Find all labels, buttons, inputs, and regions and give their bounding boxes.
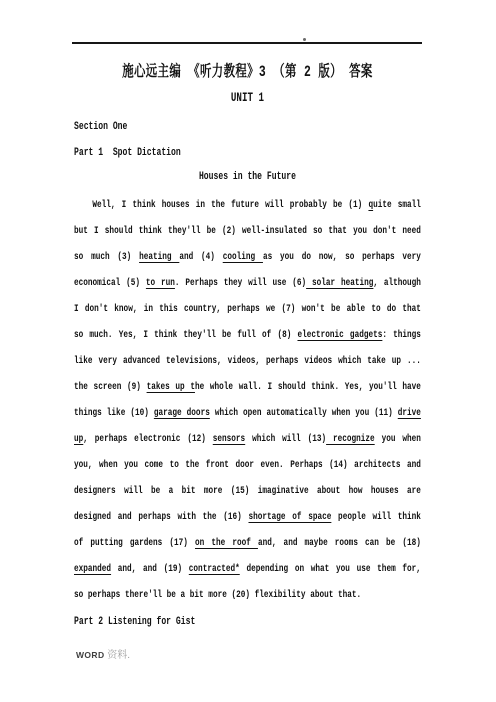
passage-text: designers will be a bit more (15) imagin…: [74, 485, 421, 497]
footer-label: 资料.: [105, 650, 131, 661]
answer-underlined-text: drive: [398, 407, 421, 419]
passage-text: , although: [373, 277, 421, 289]
unit-heading: UNIT 1: [74, 85, 421, 111]
passage-text: which open automatically when you (11): [210, 407, 398, 419]
passage-text: as you do now, so perhaps very: [263, 251, 421, 263]
passage-text: I don't know, in this country, perhaps w…: [74, 303, 421, 315]
answer-underlined-text: up: [74, 433, 83, 445]
answer-underlined-text: on the roof: [195, 537, 258, 549]
passage-line: economical (5) to run. Perhaps they will…: [74, 270, 421, 296]
passage-line: but I should think they'll be (2) well-i…: [74, 218, 421, 244]
answer-underlined-text: recognize: [326, 433, 375, 445]
part1-heading: Part 1 Spot Dictation: [74, 140, 421, 166]
spot-dictation-passage: Well, I think houses in the future will …: [74, 192, 421, 608]
answer-underlined-text: sensors: [213, 433, 245, 445]
document-content: 施心远主编 《听力教程》3 （第 2 版） 答案 UNIT 1 Section …: [74, 0, 421, 702]
passage-line: I don't know, in this country, perhaps w…: [74, 296, 421, 322]
passage-line: things like (10) garage doors which open…: [74, 400, 421, 426]
passage-title: Houses in the Future: [74, 164, 421, 190]
passage-text: the screen (9): [74, 381, 147, 393]
passage-line: Well, I think houses in the future will …: [74, 192, 421, 218]
answer-underlined-text: garage doors: [154, 407, 210, 419]
document-page: 施心远主编 《听力教程》3 （第 2 版） 答案 UNIT 1 Section …: [0, 0, 496, 702]
passage-text: you, when you come to the front door eve…: [74, 459, 421, 471]
passage-text: of putting gardens (17): [74, 537, 195, 549]
passage-line: expanded and, and (19) contracted* depen…: [74, 556, 421, 582]
passage-line: up, perhaps electronic (12) sensors whic…: [74, 426, 421, 452]
passage-text: so perhaps there'll be a bit more (20) f…: [74, 589, 361, 601]
footer-watermark: WORD 资料.: [76, 649, 130, 662]
passage-text: so much. Yes, I think they'll be full of…: [74, 329, 297, 341]
passage-line: so perhaps there'll be a bit more (20) f…: [74, 582, 421, 608]
answer-underlined-text: heating: [139, 251, 179, 263]
passage-line: designers will be a bit more (15) imagin…: [74, 478, 421, 504]
passage-text: , perhaps electronic (12): [83, 433, 212, 445]
passage-line: so much. Yes, I think they'll be full of…: [74, 322, 421, 348]
passage-text: uite small: [373, 199, 421, 211]
answer-underlined-text: to run: [146, 277, 175, 289]
passage-text: Well, I think houses in the future will …: [92, 199, 368, 211]
passage-line: like very advanced televisions, videos, …: [74, 348, 421, 374]
passage-text: so much (3): [74, 251, 139, 263]
passage-text: you when: [375, 433, 421, 445]
passage-line: so much (3) heating and (4) cooling as y…: [74, 244, 421, 270]
passage-line: you, when you come to the front door eve…: [74, 452, 421, 478]
passage-text: things like (10): [74, 407, 154, 419]
answer-underlined-text: contracted*: [189, 563, 240, 575]
passage-line: of putting gardens (17) on the roof and,…: [74, 530, 421, 556]
passage-text: designed and perhaps with the (16): [74, 511, 248, 523]
passage-text: and, and maybe rooms can be (18): [258, 537, 421, 549]
answer-underlined-text: takes up t: [147, 381, 195, 393]
answer-underlined-text: electronic gadgets: [297, 329, 382, 341]
passage-text: economical (5): [74, 277, 146, 289]
passage-text: and, and (19): [111, 563, 189, 575]
passage-text: . Perhaps they will use (6): [175, 277, 306, 289]
section-heading: Section One: [74, 114, 421, 140]
passage-line: designed and perhaps with the (16) short…: [74, 504, 421, 530]
doc-title: 施心远主编 《听力教程》3 （第 2 版） 答案: [74, 59, 421, 85]
passage-text: which will (13): [245, 433, 326, 445]
word-brand-text: WORD: [76, 650, 105, 660]
passage-text: he whole wall. I should think. Yes, you'…: [195, 381, 421, 393]
passage-text: but I should think they'll be (2) well-i…: [74, 225, 421, 237]
answer-underlined-text: expanded: [74, 563, 111, 575]
passage-text: depending on what you use them for,: [240, 563, 421, 575]
passage-text: like very advanced televisions, videos, …: [74, 355, 421, 367]
passage-text: and (4): [179, 251, 222, 263]
answer-underlined-text: solar heating: [306, 277, 373, 289]
answer-underlined-text: shortage of space: [248, 511, 331, 523]
answer-underlined-text: cooling: [223, 251, 263, 263]
part2-heading: Part 2 Listening for Gist: [74, 609, 421, 635]
passage-line: the screen (9) takes up the whole wall. …: [74, 374, 421, 400]
passage-text: people will think: [331, 511, 421, 523]
passage-text: : things: [382, 329, 421, 341]
